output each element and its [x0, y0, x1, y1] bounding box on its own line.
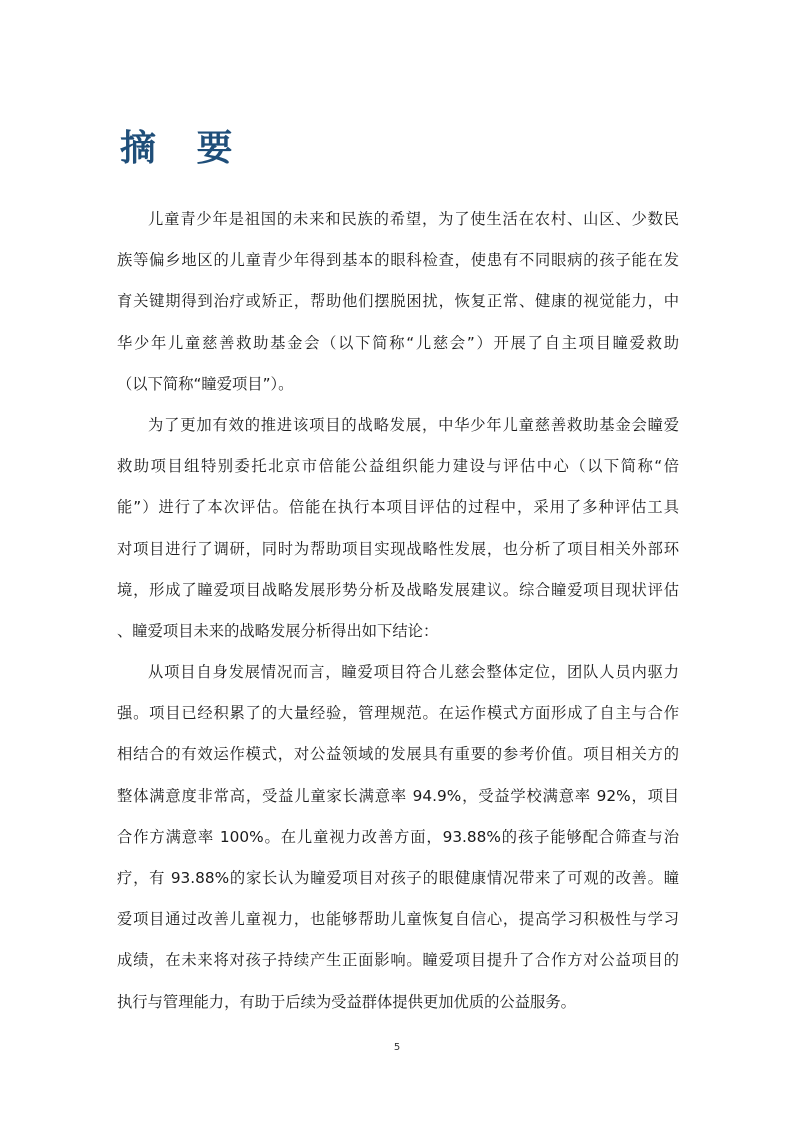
page-number: 5 [0, 1042, 794, 1053]
paragraph-2: 为了更加有效的推进该项目的战略发展，中华少年儿童慈善救助基金会瞳爱 救助项目组特… [117, 405, 679, 652]
text-line: 、瞳爱项目未来的战略发展分析得出如下结论： [117, 611, 679, 652]
text-line: 疗，有 93.88%的家长认为瞳爱项目对孩子的眼健康情况带来了可观的改善。瞳 [117, 858, 679, 899]
text-line: 强。项目已经积累了的大量经验，管理规范。在运作模式方面形成了自主与合作 [117, 693, 679, 734]
text-line: 爱项目通过改善儿童视力，也能够帮助儿童恢复自信心，提高学习积极性与学习 [117, 899, 679, 940]
text-line: 成绩，在未来将对孩子持续产生正面影响。瞳爱项目提升了合作方对公益项目的 [117, 940, 679, 981]
paragraph-1: 儿童青少年是祖国的未来和民族的希望，为了使生活在农村、山区、少数民 族等偏乡地区… [117, 199, 679, 405]
text-line: 育关键期得到治疗或矫正，帮助他们摆脱困扰，恢复正常、健康的视觉能力，中 [117, 281, 679, 322]
text-line: 从项目自身发展情况而言，瞳爱项目符合儿慈会整体定位，团队人员内驱力 [117, 652, 679, 693]
text-line: 华少年儿童慈善救助基金会（以下简称“儿慈会”）开展了自主项目瞳爱救助 [117, 323, 679, 364]
text-line: 为了更加有效的推进该项目的战略发展，中华少年儿童慈善救助基金会瞳爱 [117, 405, 679, 446]
paragraph-3: 从项目自身发展情况而言，瞳爱项目符合儿慈会整体定位，团队人员内驱力 强。项目已经… [117, 652, 679, 1023]
text-line: 儿童青少年是祖国的未来和民族的希望，为了使生活在农村、山区、少数民 [117, 199, 679, 240]
text-line: 能”）进行了本次评估。倍能在执行本项目评估的过程中，采用了多种评估工具 [117, 487, 679, 528]
text-line: （以下简称“瞳爱项目”）。 [117, 364, 679, 405]
text-line: 整体满意度非常高，受益儿童家长满意率 94.9%，受益学校满意率 92%，项目 [117, 776, 679, 817]
abstract-body: 儿童青少年是祖国的未来和民族的希望，为了使生活在农村、山区、少数民 族等偏乡地区… [117, 199, 679, 1023]
document-page: 摘 要 儿童青少年是祖国的未来和民族的希望，为了使生活在农村、山区、少数民 族等… [0, 0, 794, 1123]
text-line: 合作方满意率 100%。在儿童视力改善方面，93.88%的孩子能够配合筛查与治 [117, 817, 679, 858]
text-line: 对项目进行了调研，同时为帮助项目实现战略性发展，也分析了项目相关外部环 [117, 529, 679, 570]
text-line: 相结合的有效运作模式，对公益领域的发展具有重要的参考价值。项目相关方的 [117, 734, 679, 775]
text-line: 族等偏乡地区的儿童青少年得到基本的眼科检查，使患有不同眼病的孩子能在发 [117, 240, 679, 281]
text-line: 境，形成了瞳爱项目战略发展形势分析及战略发展建议。综合瞳爱项目现状评估 [117, 570, 679, 611]
page-title: 摘 要 [120, 124, 247, 174]
text-line: 执行与管理能力，有助于后续为受益群体提供更加优质的公益服务。 [117, 982, 679, 1023]
text-line: 救助项目组特别委托北京市倍能公益组织能力建设与评估中心（以下简称“倍 [117, 446, 679, 487]
